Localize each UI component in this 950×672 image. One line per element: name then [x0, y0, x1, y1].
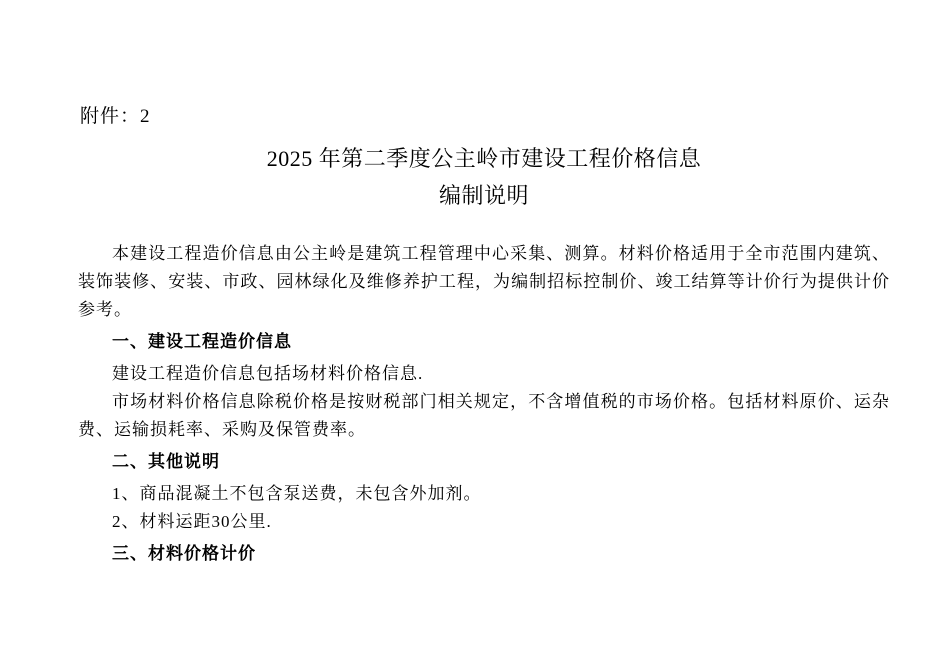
section-2-item-1: 1、商品混凝土不包含泵送费，未包含外加剂。: [78, 480, 890, 508]
document-title-line2: 编制说明: [78, 177, 890, 214]
document-title: 2025 年第二季度公主岭市建设工程价格信息 编制说明: [78, 140, 890, 214]
document-page: 附件：2 2025 年第二季度公主岭市建设工程价格信息 编制说明 本建设工程造价…: [0, 0, 950, 672]
document-body: 本建设工程造价信息由公主岭是建筑工程管理中心采集、测算。材料价格适用于全市范围内…: [78, 240, 890, 568]
section-3-heading: 三、材料价格计价: [78, 540, 890, 568]
attachment-label: 附件：2: [80, 103, 890, 130]
document-title-line1: 2025 年第二季度公主岭市建设工程价格信息: [78, 140, 890, 177]
section-1-paragraph-1: 建设工程造价信息包括场材料价格信息.: [78, 360, 890, 388]
intro-paragraph: 本建设工程造价信息由公主岭是建筑工程管理中心采集、测算。材料价格适用于全市范围内…: [78, 240, 890, 324]
section-1-heading: 一、建设工程造价信息: [78, 328, 890, 356]
section-2-heading: 二、其他说明: [78, 448, 890, 476]
section-2-item-2: 2、材料运距30公里.: [78, 508, 890, 536]
section-1-paragraph-2: 市场材料价格信息除税价格是按财税部门相关规定，不含增值税的市场价格。包括材料原价…: [78, 388, 890, 444]
